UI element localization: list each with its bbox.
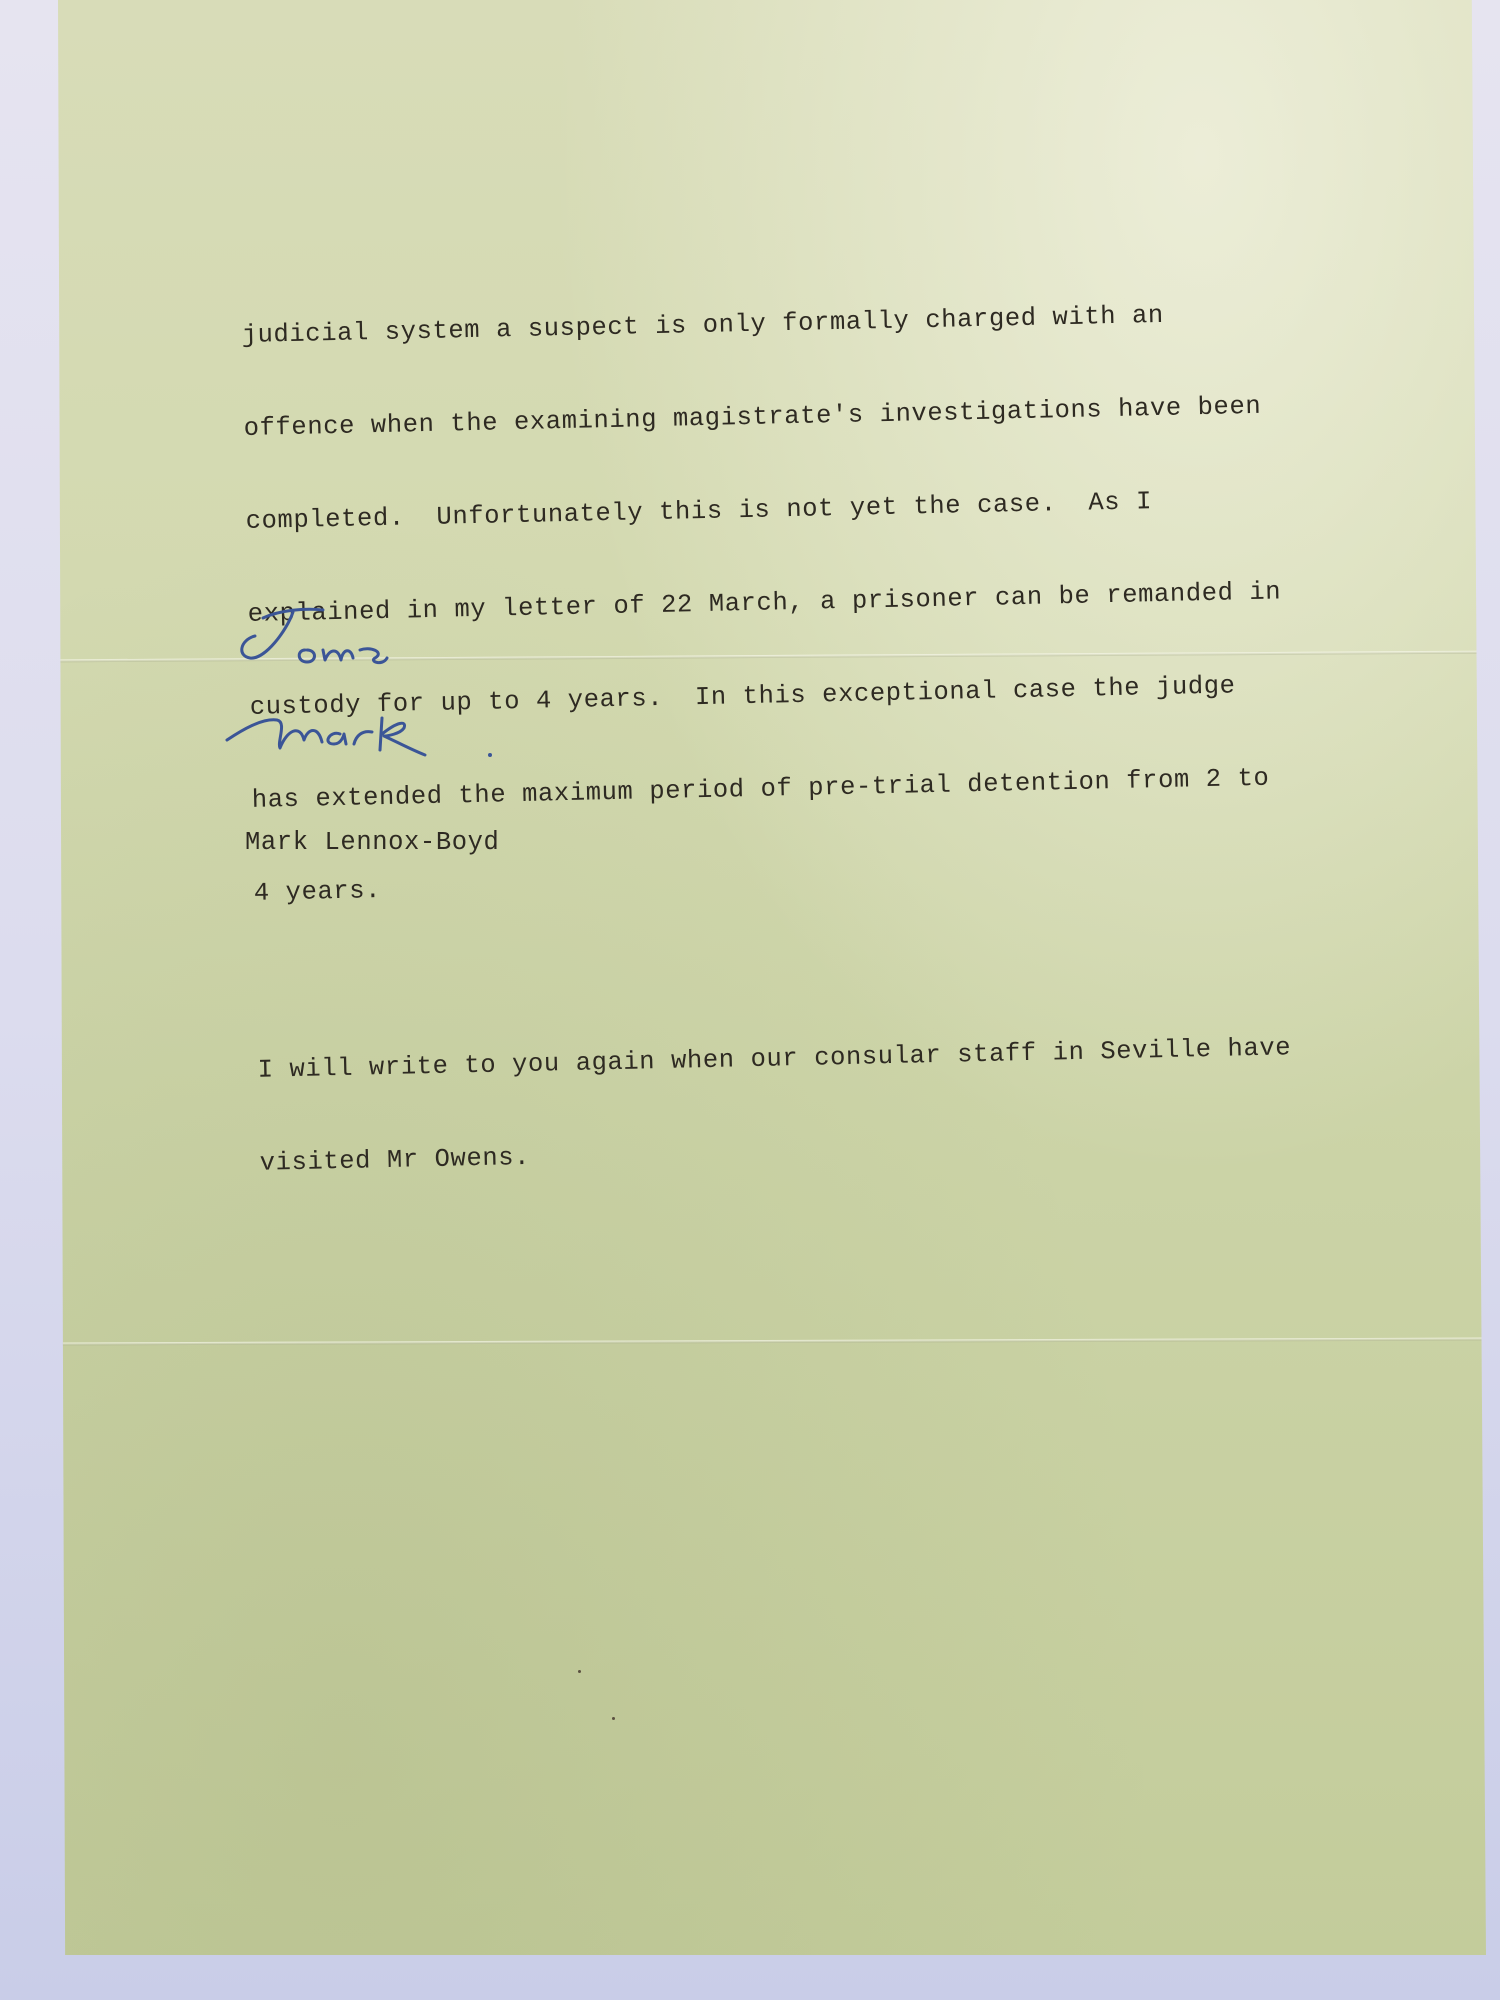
- paper-speck: [578, 1670, 581, 1673]
- handwriting-yours-icon: [235, 600, 435, 675]
- signature-mark-icon: [222, 700, 522, 770]
- text-line: 4 years.: [254, 853, 1394, 909]
- handwritten-closing: [235, 600, 435, 675]
- text-line: offence when the examining magistrate's …: [243, 388, 1383, 444]
- paragraph-followup: I will write to you again when our consu…: [256, 968, 1401, 1241]
- text-line: judicial system a suspect is only formal…: [241, 295, 1381, 351]
- handwritten-signature: [222, 700, 522, 770]
- paper-speck: [612, 1717, 615, 1720]
- typed-signatory-name: Mark Lennox-Boyd: [245, 828, 499, 857]
- text-line: visited Mr Owens.: [259, 1123, 1399, 1179]
- text-line: I will write to you again when our consu…: [257, 1030, 1397, 1086]
- fold-crease-lower: [58, 1338, 1486, 1346]
- text-line: completed. Unfortunately this is not yet…: [245, 481, 1385, 537]
